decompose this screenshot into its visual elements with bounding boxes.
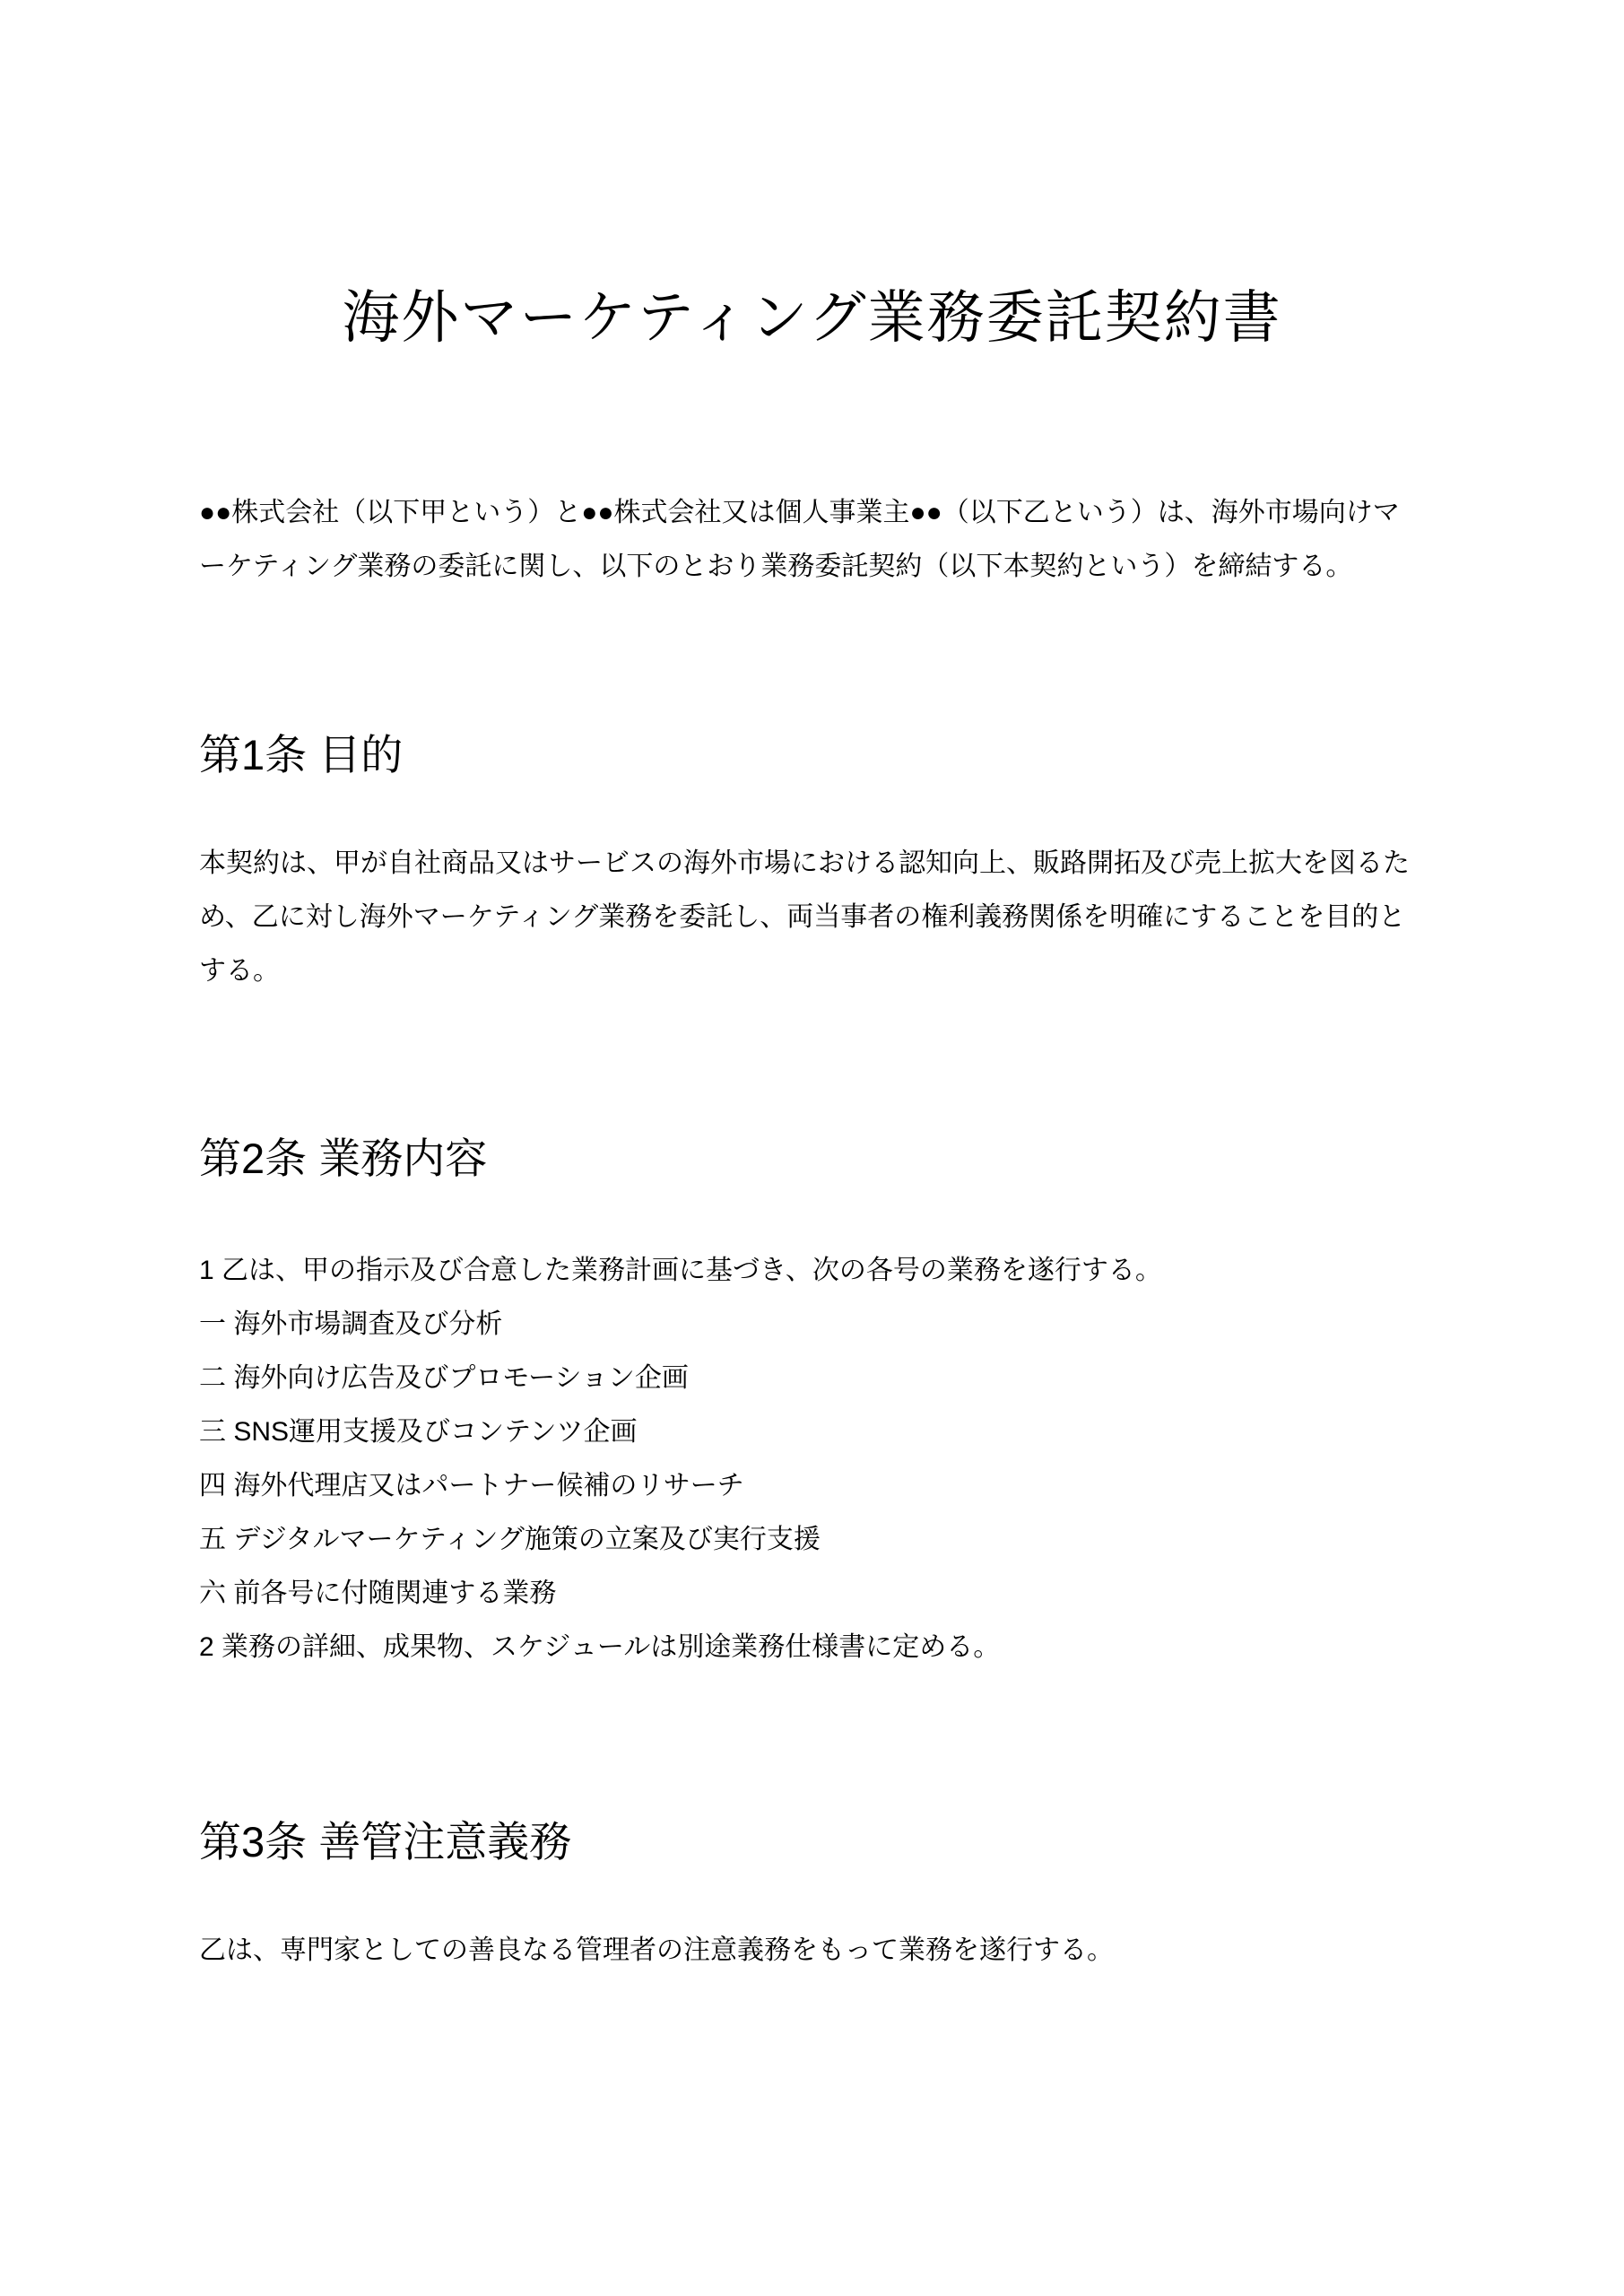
article-3-body: 乙は、専門家としての善良なる管理者の注意義務をもって業務を遂行する。 — [199, 1924, 1425, 1978]
article-2-body-list: 1 乙は、甲の指示及び合意した業務計画に基づき、次の各号の業務を遂行する。 一 … — [199, 1244, 1425, 1674]
document-page: 海外マーケティング業務委託契約書 ●●株式会社（以下甲という）と●●株式会社又は… — [0, 0, 1624, 2296]
article-1-heading: 第1条 目的 — [199, 734, 1425, 776]
article-3-heading: 第3条 善管注意義務 — [199, 1821, 1425, 1863]
article-1-body: 本契約は、甲が自社商品又はサービスの海外市場における認知向上、販路開拓及び売上拡… — [199, 837, 1425, 998]
article-2-heading: 第2条 業務内容 — [199, 1137, 1425, 1179]
document-content: 海外マーケティング業務委託契約書 ●●株式会社（以下甲という）と●●株式会社又は… — [0, 289, 1624, 1978]
document-title: 海外マーケティング業務委託契約書 — [199, 289, 1425, 346]
intro-paragraph: ●●株式会社（以下甲という）と●●株式会社又は個人事業主●●（以下乙という）は、… — [199, 486, 1425, 594]
